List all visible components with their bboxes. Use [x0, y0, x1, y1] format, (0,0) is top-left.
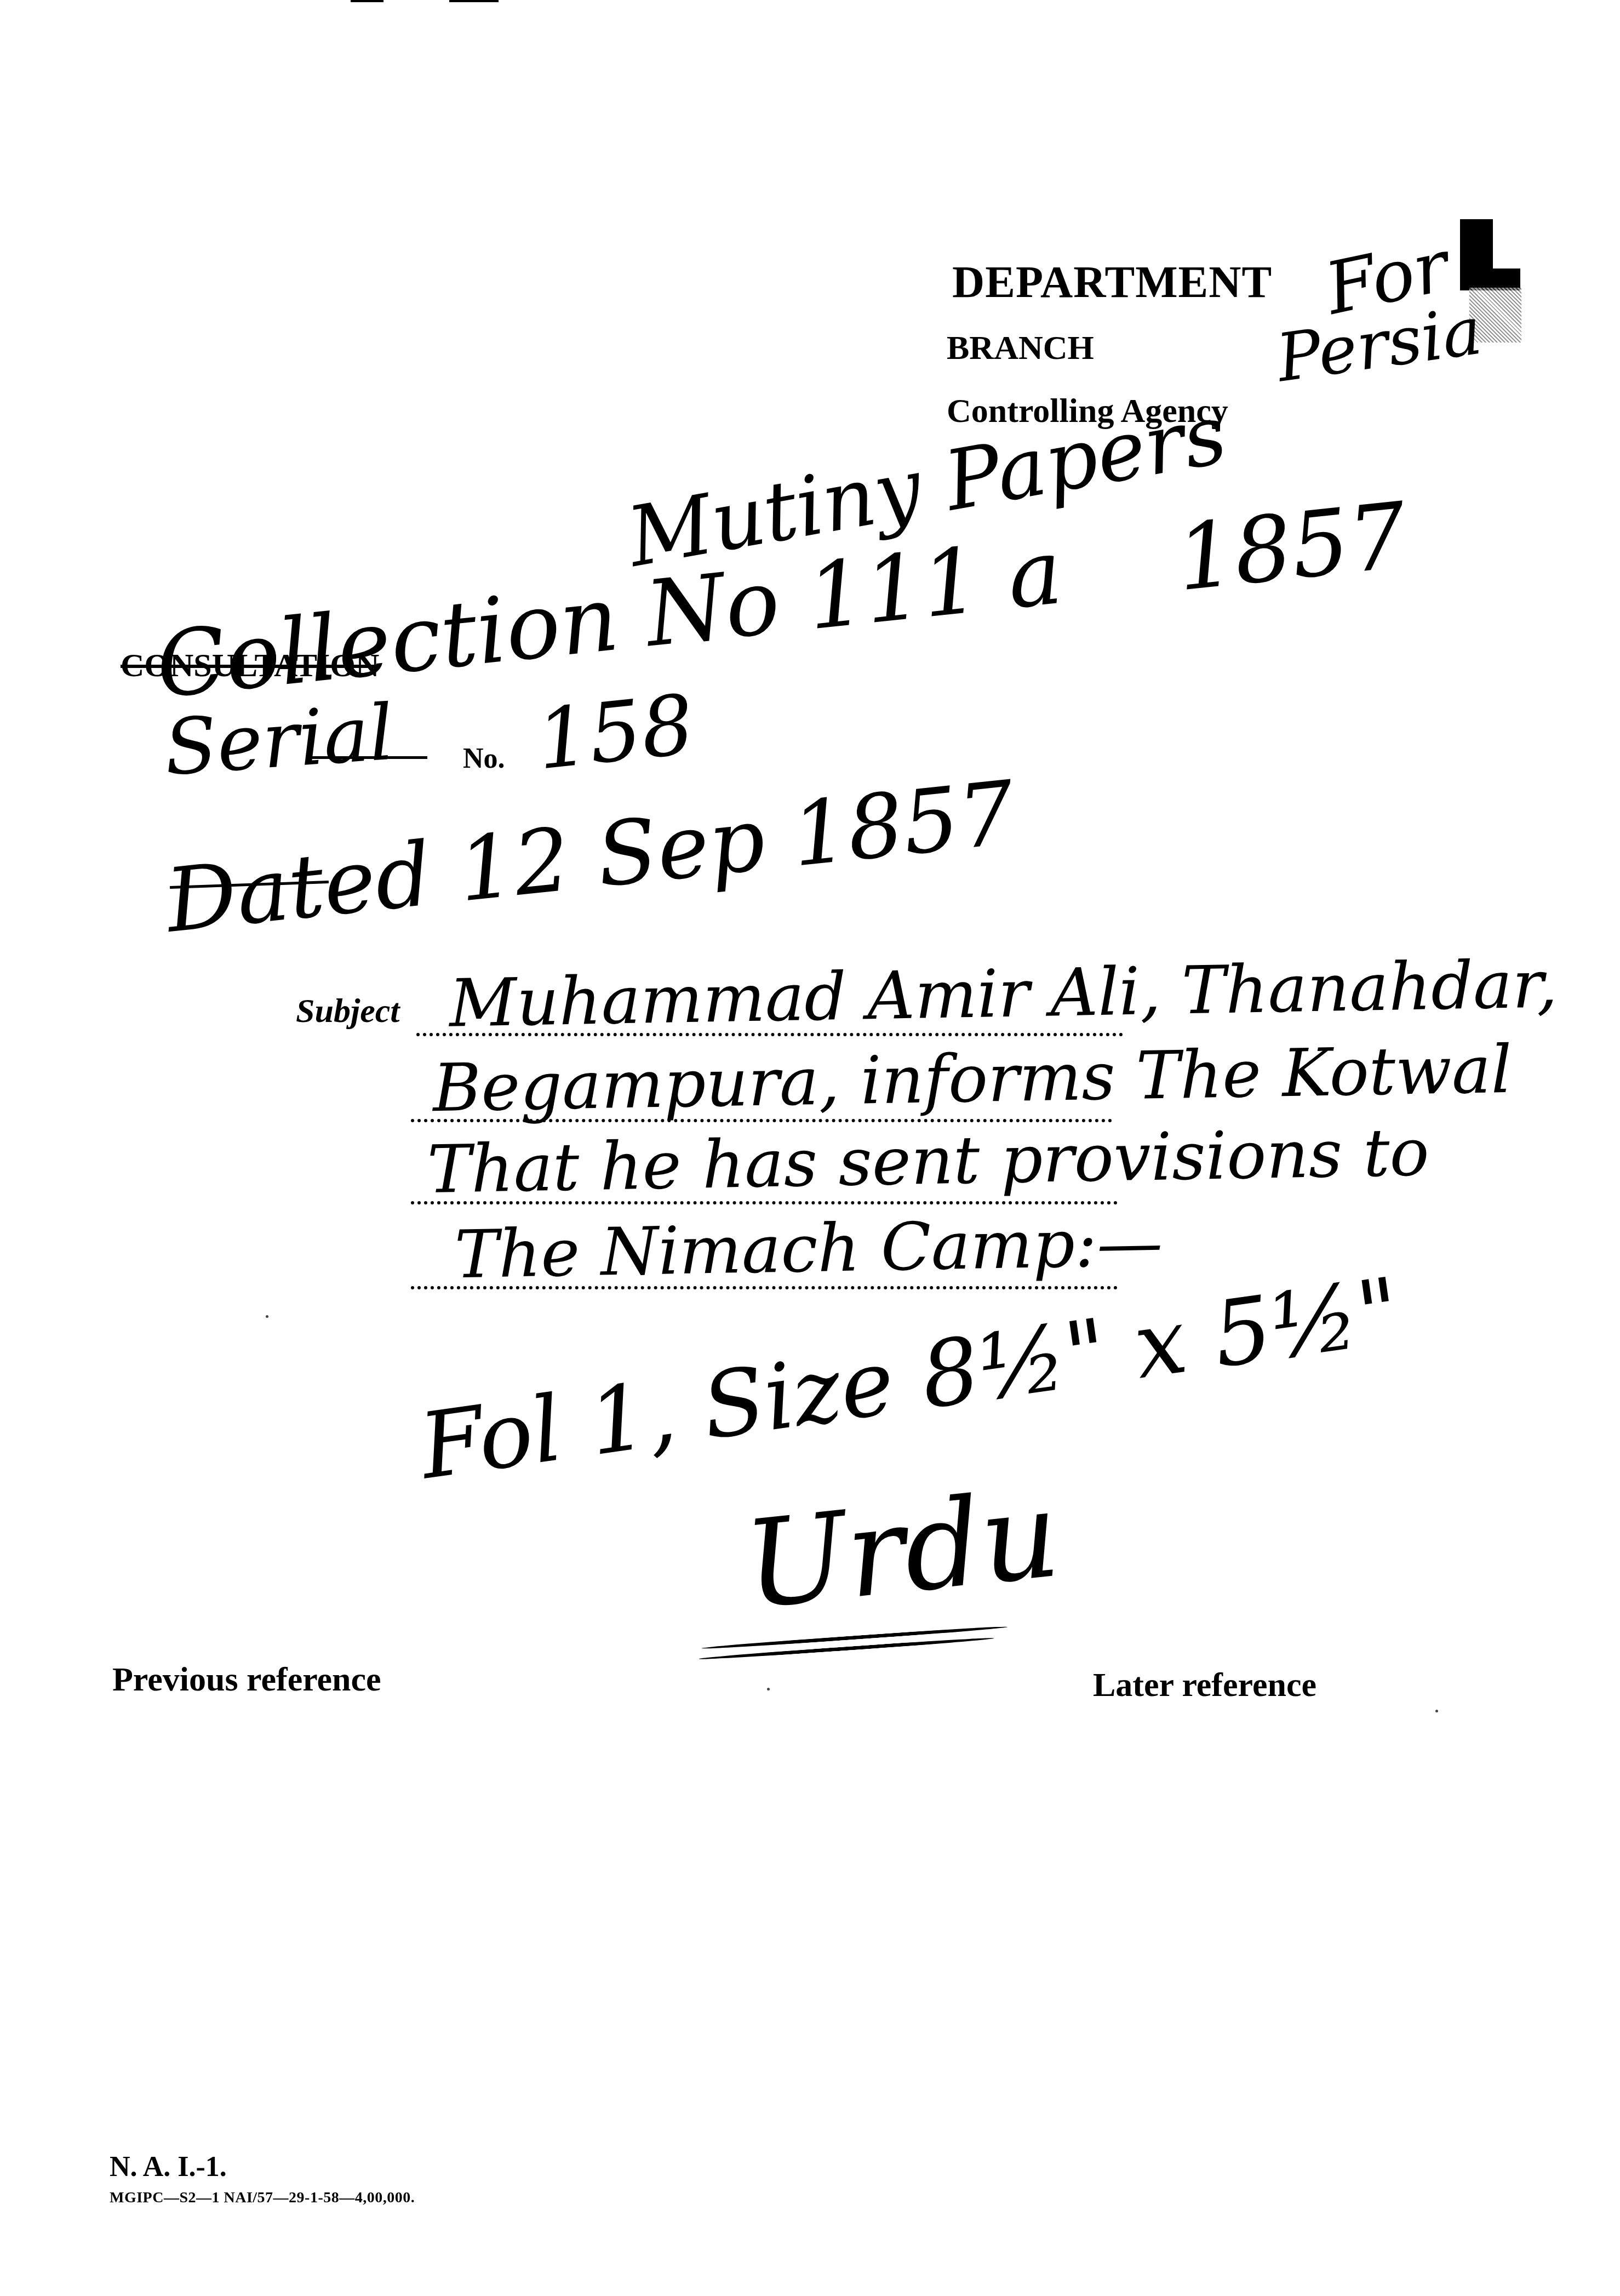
subject-line: The Nimach Camp:— — [454, 1205, 1163, 1294]
form-code: N. A. I.-1. — [110, 2151, 227, 2183]
serial-prefix: Serial — [162, 688, 397, 793]
serial-underline — [307, 756, 427, 759]
language: Urdu — [739, 1464, 1066, 1636]
imprint-line: MGIPC—S2—1 NAI/57—29-1-58—4,00,000. — [110, 2189, 415, 2207]
subject-line: Muhammad Amir Ali, Thanahdar, — [449, 946, 1558, 1042]
serial-number: 158 — [533, 677, 699, 789]
subject-label: Subject — [296, 992, 399, 1031]
consultation-label: CONSULTATION — [121, 647, 379, 684]
subject-line: That he has sent provisions to — [427, 1115, 1430, 1208]
no-label: No. — [463, 743, 505, 775]
branch-value: Persia — [1272, 293, 1486, 397]
later-reference-label: Later reference — [1093, 1666, 1316, 1705]
collection-year: 1857 — [1172, 483, 1412, 612]
folio-size: Fol 1, Size 8½" x 5½" — [414, 1258, 1406, 1500]
corner-mark — [1460, 269, 1520, 290]
scan-mark — [449, 0, 499, 2]
scan-speck — [767, 1688, 770, 1690]
scan-speck — [1435, 1710, 1438, 1712]
previous-reference-label: Previous reference — [112, 1660, 381, 1699]
subject-line: Begampura, informs The Kotwal — [432, 1032, 1513, 1127]
date-value: Dated 12 Sep 1857 — [161, 761, 1019, 952]
department-label: DEPARTMENT — [952, 256, 1272, 308]
scan-speck — [266, 1315, 268, 1318]
branch-label: BRANCH — [947, 329, 1094, 368]
scan-mark — [351, 0, 383, 2]
